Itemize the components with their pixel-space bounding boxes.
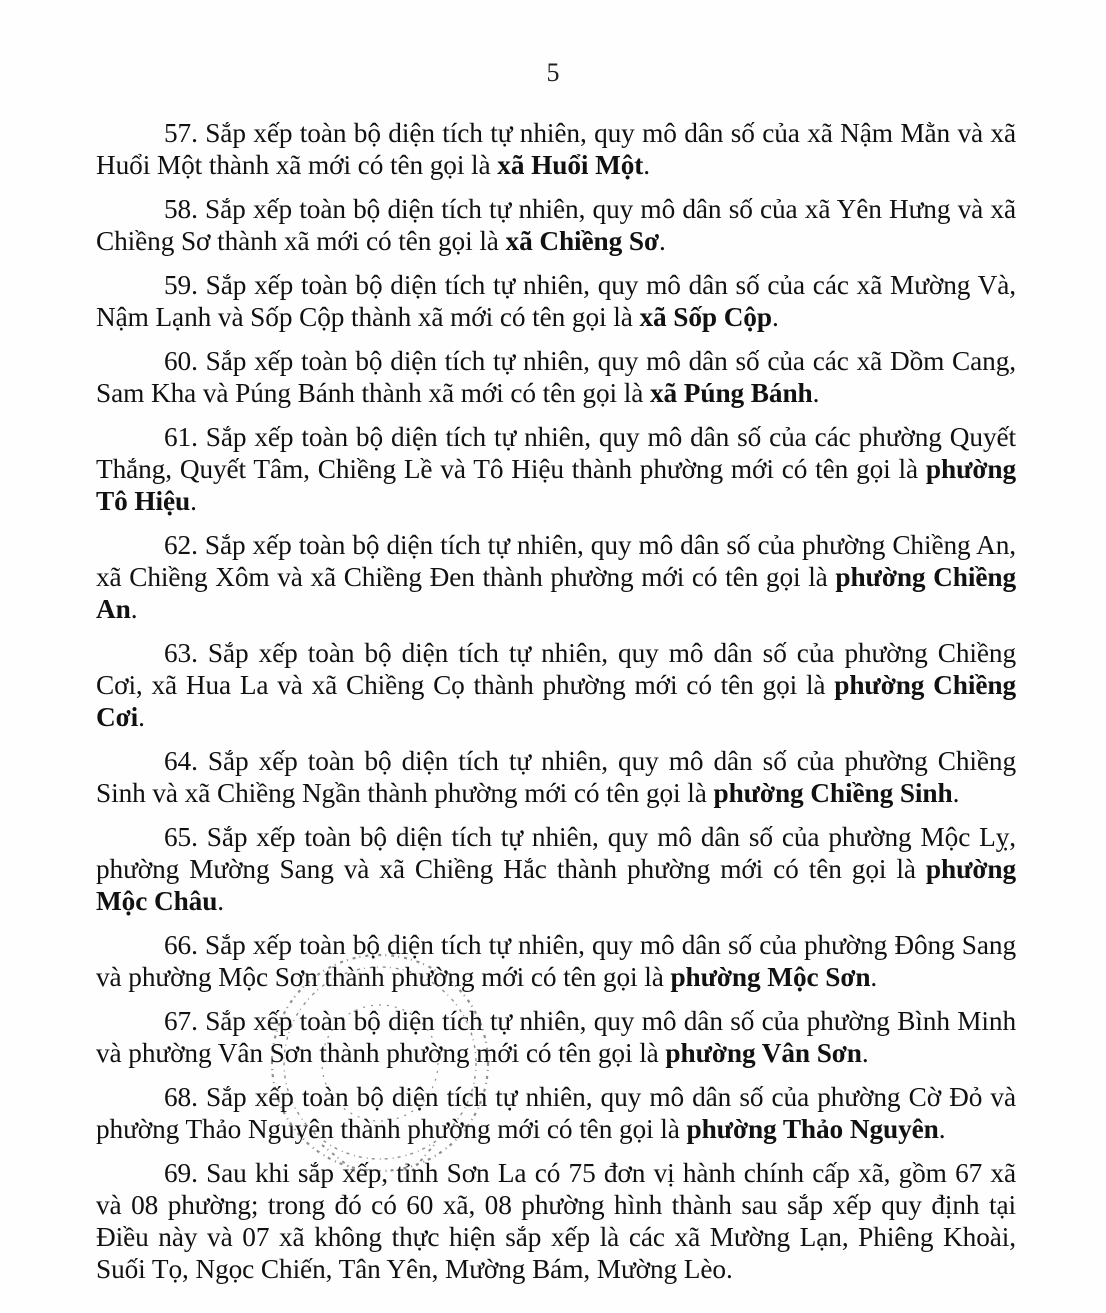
item-text: Sắp xếp toàn bộ diện tích tự nhiên, quy … — [96, 930, 1016, 992]
item-number: 62. — [164, 530, 198, 560]
item-end: . — [862, 1038, 869, 1068]
document-body: 57. Sắp xếp toàn bộ diện tích tự nhiên, … — [96, 117, 1016, 1297]
item-end: . — [726, 1254, 733, 1284]
article-item-59: 59. Sắp xếp toàn bộ diện tích tự nhiên, … — [96, 269, 1016, 333]
article-item-66: 66. Sắp xếp toàn bộ diện tích tự nhiên, … — [96, 929, 1016, 993]
article-item-61: 61. Sắp xếp toàn bộ diện tích tự nhiên, … — [96, 421, 1016, 517]
item-result-name: phường Chiềng Sinh — [713, 778, 952, 808]
item-text: Sắp xếp toàn bộ diện tích tự nhiên, quy … — [96, 822, 1016, 884]
item-text: Sắp xếp toàn bộ diện tích tự nhiên, quy … — [96, 422, 1016, 484]
item-text: Sau khi sắp xếp, tỉnh Sơn La có 75 đơn v… — [96, 1158, 1016, 1284]
item-end: . — [131, 594, 138, 624]
article-item-58: 58. Sắp xếp toàn bộ diện tích tự nhiên, … — [96, 193, 1016, 257]
article-item-60: 60. Sắp xếp toàn bộ diện tích tự nhiên, … — [96, 345, 1016, 409]
item-end: . — [138, 702, 145, 732]
item-result-name: xã Púng Bánh — [650, 378, 813, 408]
item-end: . — [953, 778, 960, 808]
item-end: . — [659, 226, 666, 256]
item-number: 58. — [164, 194, 198, 224]
item-number: 67. — [164, 1006, 198, 1036]
item-end: . — [939, 1114, 946, 1144]
item-number: 66. — [164, 930, 198, 960]
article-item-67: 67. Sắp xếp toàn bộ diện tích tự nhiên, … — [96, 1005, 1016, 1069]
page-number: 5 — [0, 58, 1106, 88]
article-item-63: 63. Sắp xếp toàn bộ diện tích tự nhiên, … — [96, 637, 1016, 733]
item-result-name: xã Huổi Một — [497, 150, 643, 180]
article-item-69-summary: 69. Sau khi sắp xếp, tỉnh Sơn La có 75 đ… — [96, 1157, 1016, 1285]
item-number: 69. — [164, 1158, 198, 1188]
item-end: . — [643, 150, 650, 180]
item-number: 61. — [164, 422, 198, 452]
item-result-name: phường Thảo Nguyên — [687, 1114, 939, 1144]
item-text: Sắp xếp toàn bộ diện tích tự nhiên, quy … — [96, 1006, 1016, 1068]
item-number: 59. — [164, 270, 198, 300]
item-number: 57. — [164, 118, 198, 148]
item-number: 68. — [164, 1082, 198, 1112]
item-number: 64. — [164, 746, 198, 776]
item-number: 63. — [164, 638, 198, 668]
item-end: . — [190, 486, 197, 516]
item-number: 60. — [164, 346, 198, 376]
item-number: 65. — [164, 822, 198, 852]
item-result-name: phường Mộc Sơn — [670, 962, 870, 992]
item-end: . — [813, 378, 820, 408]
item-result-name: xã Chiềng Sơ — [506, 226, 659, 256]
article-item-57: 57. Sắp xếp toàn bộ diện tích tự nhiên, … — [96, 117, 1016, 181]
item-end: . — [870, 962, 877, 992]
article-item-62: 62. Sắp xếp toàn bộ diện tích tự nhiên, … — [96, 529, 1016, 625]
item-text: Sắp xếp toàn bộ diện tích tự nhiên, quy … — [96, 346, 1016, 408]
article-item-68: 68. Sắp xếp toàn bộ diện tích tự nhiên, … — [96, 1081, 1016, 1145]
document-page: 5 57. Sắp xếp toàn bộ diện tích tự nhiên… — [0, 0, 1106, 1313]
item-result-name: phường Vân Sơn — [665, 1038, 861, 1068]
item-text: Sắp xếp toàn bộ diện tích tự nhiên, quy … — [96, 270, 1016, 332]
article-item-65: 65. Sắp xếp toàn bộ diện tích tự nhiên, … — [96, 821, 1016, 917]
article-item-64: 64. Sắp xếp toàn bộ diện tích tự nhiên, … — [96, 745, 1016, 809]
item-end: . — [217, 886, 224, 916]
item-result-name: xã Sốp Cộp — [639, 302, 772, 332]
item-end: . — [772, 302, 779, 332]
